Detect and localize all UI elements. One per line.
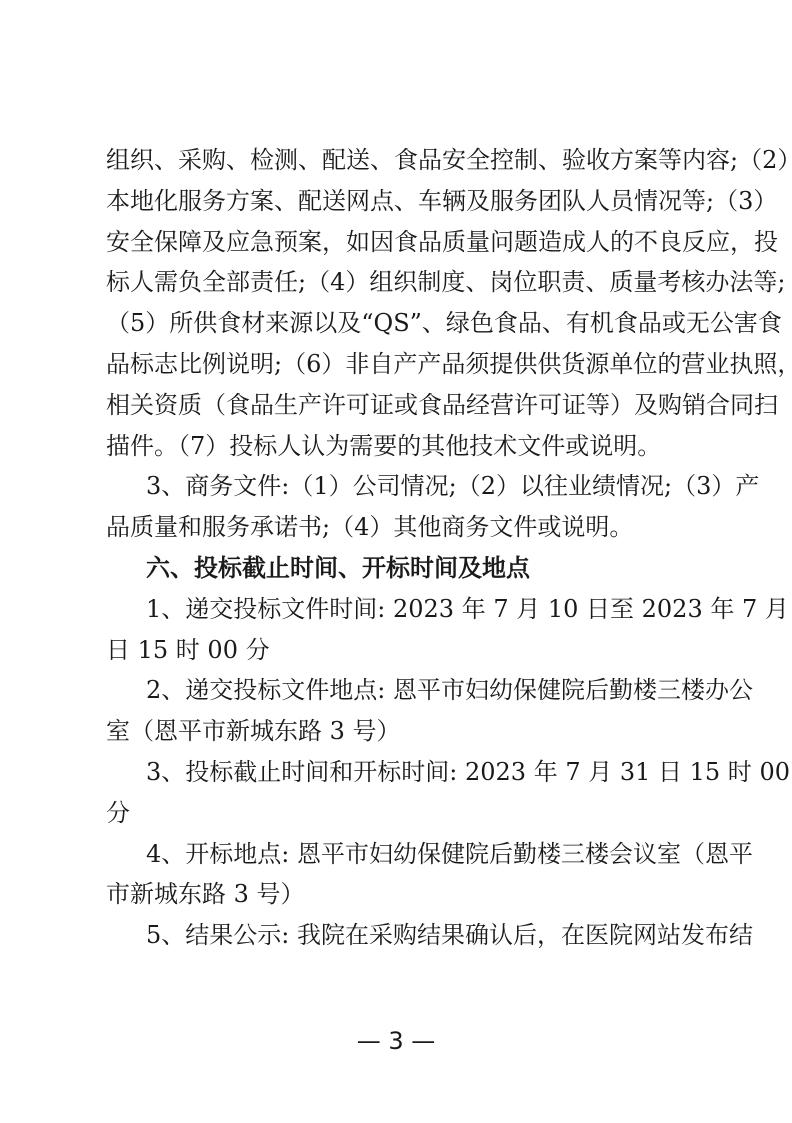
- item-5-line-1: 5、结果公示: 我院在采购结果确认后，在医院网站发布结: [106, 915, 694, 956]
- body-line-6: 品标志比例说明;（6）非自产产品须提供供货源单位的营业执照，: [106, 344, 694, 385]
- item-4-line-2: 市新城东路 3 号）: [106, 874, 694, 915]
- body-line-5: （5）所供食材来源以及“QS”、绿色食品、有机食品或无公害食: [106, 303, 694, 344]
- body-line-4: 标人需负全部责任;（4）组织制度、岗位职责、质量考核办法等;: [106, 262, 694, 303]
- item-3-line-1: 3、投标截止时间和开标时间: 2023 年 7 月 31 日 15 时 00: [106, 752, 694, 793]
- item-3-line-2: 分: [106, 793, 694, 834]
- body-line-8: 描件。（7）投标人认为需要的其他技术文件或说明。: [106, 426, 694, 467]
- page-number: — 3 —: [0, 1027, 792, 1055]
- document-page: 组织、采购、检测、配送、食品安全控制、验收方案等内容;（2） 本地化服务方案、配…: [106, 140, 694, 956]
- item-2-line-2: 室（恩平市新城东路 3 号）: [106, 711, 694, 752]
- item-2-line-1: 2、递交投标文件地点: 恩平市妇幼保健院后勤楼三楼办公: [106, 670, 694, 711]
- commercial-docs-line-2: 品质量和服务承诺书;（4）其他商务文件或说明。: [106, 507, 694, 548]
- body-line-2: 本地化服务方案、配送网点、车辆及服务团队人员情况等;（3）: [106, 181, 694, 222]
- body-line-1: 组织、采购、检测、配送、食品安全控制、验收方案等内容;（2）: [106, 140, 694, 181]
- section-heading-six: 六、投标截止时间、开标时间及地点: [106, 548, 694, 589]
- item-1-line-2: 日 15 时 00 分: [106, 630, 694, 671]
- commercial-docs-line-1: 3、商务文件:（1）公司情况;（2）以往业绩情况;（3）产: [106, 466, 694, 507]
- item-4-line-1: 4、开标地点: 恩平市妇幼保健院后勤楼三楼会议室（恩平: [106, 834, 694, 875]
- body-line-3: 安全保障及应急预案，如因食品质量问题造成人的不良反应，投: [106, 222, 694, 263]
- item-1-line-1: 1、递交投标文件时间: 2023 年 7 月 10 日至 2023 年 7 月 …: [106, 589, 694, 630]
- body-line-7: 相关资质（食品生产许可证或食品经营许可证等）及购销合同扫: [106, 385, 694, 426]
